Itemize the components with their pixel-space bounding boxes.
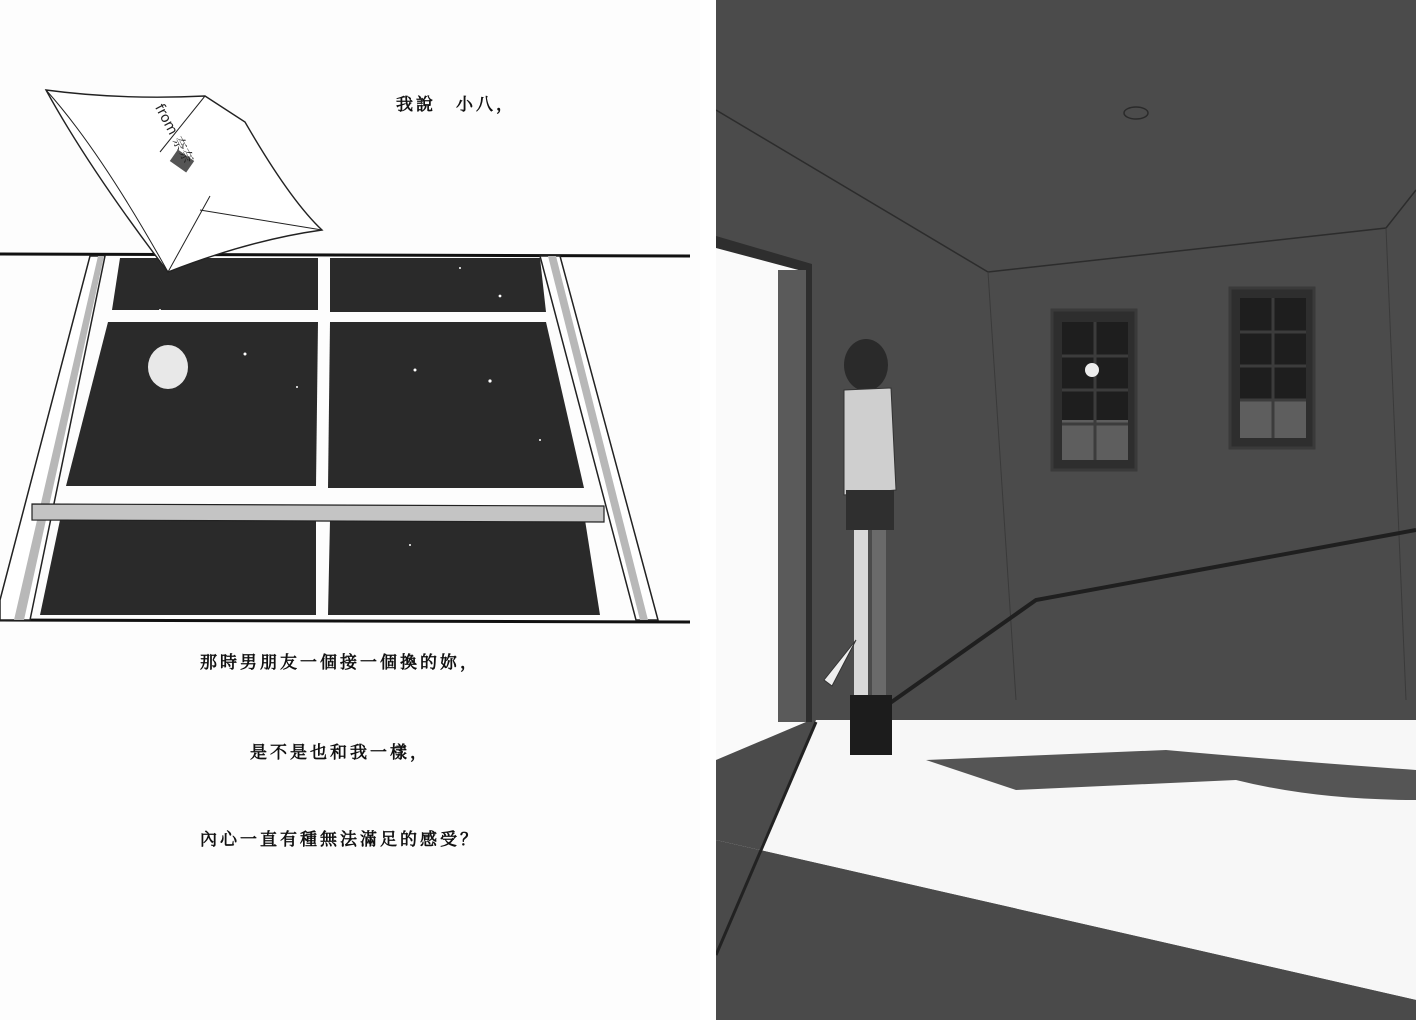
caption-line-2: 是不是也和我一樣， [250, 738, 430, 763]
room-illustration [716, 0, 1416, 1020]
caption-line-1: 那時男朋友一個接一個換的妳， [200, 648, 480, 673]
left-page: from 奈奈 我說 小八， 那時男朋友一個接一個換的妳， 是不是也和我一樣， … [0, 0, 700, 1020]
window-right [1230, 288, 1314, 448]
letter-in-hand [824, 640, 856, 686]
letter-illustration [46, 90, 322, 272]
skylight-illustration [0, 0, 700, 1020]
moon [148, 345, 188, 389]
caption-line-3: 內心一直有種無法滿足的感受？ [200, 825, 480, 850]
right-page [716, 0, 1416, 1020]
window-left [1052, 310, 1136, 470]
page-gutter [700, 0, 716, 1020]
caption-top: 我說 小八， [396, 90, 516, 115]
night-sky-panes [40, 258, 600, 615]
girl-figure [824, 339, 896, 755]
